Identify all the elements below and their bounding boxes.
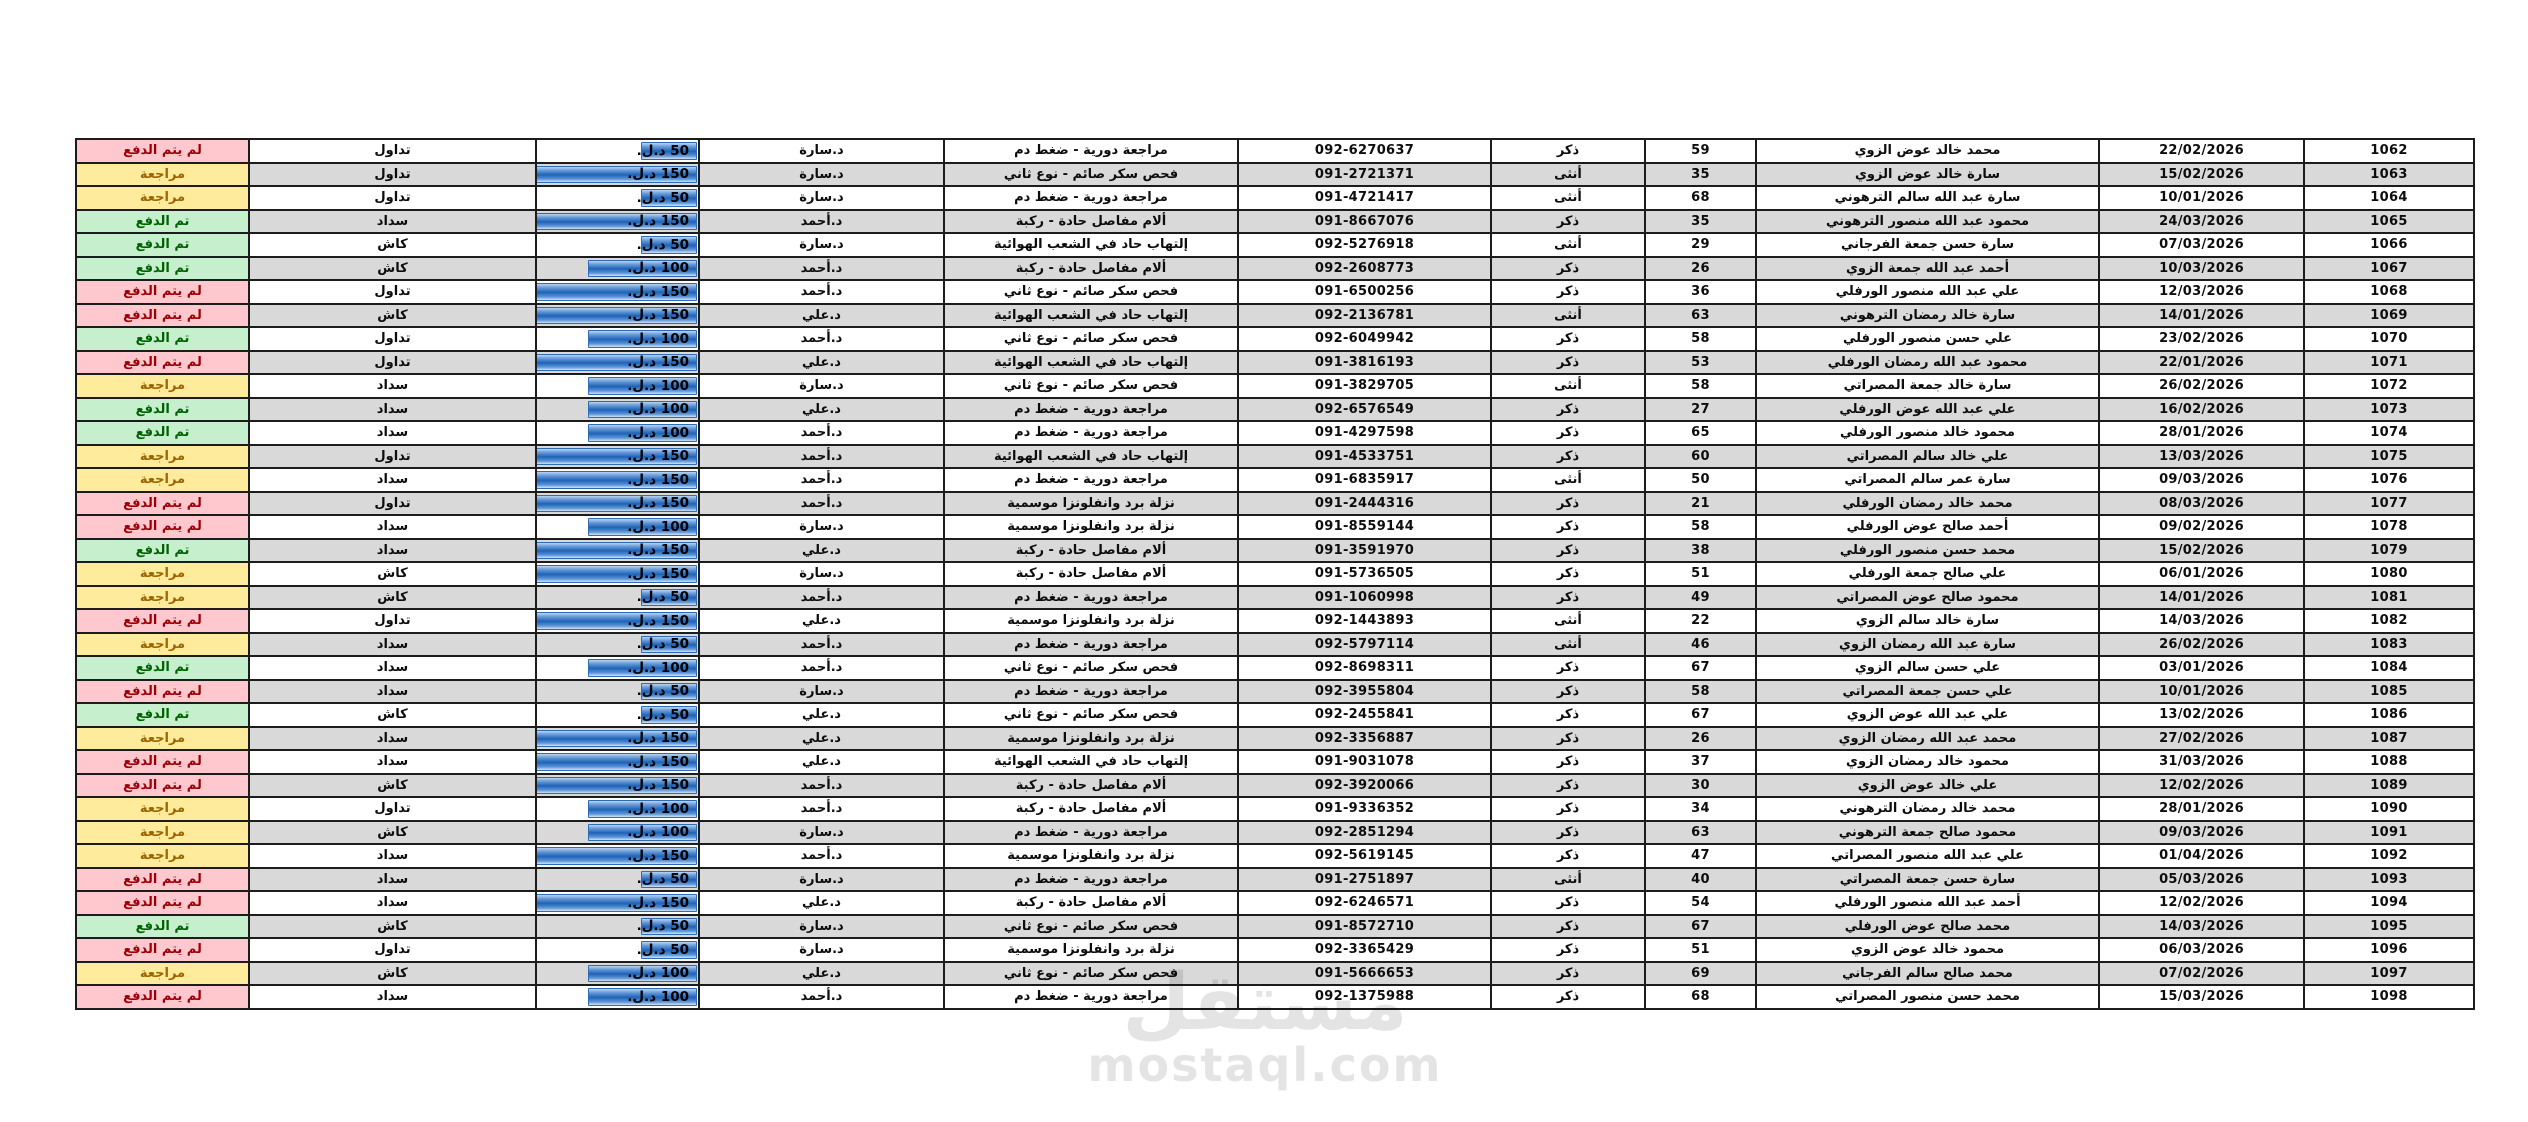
cell-date[interactable]: 14/03/2026 [2099,915,2304,939]
cell-doctor[interactable]: د.أحمد [699,797,944,821]
cell-id[interactable]: 1081 [2304,586,2474,610]
cell-id[interactable]: 1078 [2304,515,2474,539]
cell-doctor[interactable]: د.علي [699,304,944,328]
cell-phone[interactable]: 092-2455841 [1238,703,1491,727]
cell-name[interactable]: سارة حسن جمعة المصراتي [1756,868,2099,892]
cell-id[interactable]: 1084 [2304,656,2474,680]
cell-doctor[interactable]: د.سارة [699,186,944,210]
cell-gender[interactable]: ذكر [1491,421,1645,445]
cell-id[interactable]: 1063 [2304,163,2474,187]
cell-doctor[interactable]: د.علي [699,539,944,563]
cell-payment[interactable]: تداول [249,139,536,163]
cell-diagnosis[interactable]: فحص سكر صائم - نوع ثاني [944,374,1238,398]
payment-status-badge[interactable]: تم الدفع [76,539,249,563]
cell-id[interactable]: 1093 [2304,868,2474,892]
payment-status-badge[interactable]: لم يتم الدفع [76,750,249,774]
cell-payment[interactable]: كاش [249,915,536,939]
cell-id[interactable]: 1070 [2304,327,2474,351]
cell-phone[interactable]: 091-6835917 [1238,468,1491,492]
payment-status-badge[interactable]: لم يتم الدفع [76,280,249,304]
cell-price[interactable]: 150 د.ل. [536,492,699,516]
cell-id[interactable]: 1087 [2304,727,2474,751]
cell-id[interactable]: 1092 [2304,844,2474,868]
cell-date[interactable]: 13/02/2026 [2099,703,2304,727]
cell-age[interactable]: 37 [1645,750,1756,774]
cell-payment[interactable]: تداول [249,163,536,187]
cell-name[interactable]: سارة عبد الله رمضان الزوي [1756,633,2099,657]
cell-id[interactable]: 1088 [2304,750,2474,774]
cell-gender[interactable]: ذكر [1491,891,1645,915]
cell-name[interactable]: سارة عبد الله سالم الترهوني [1756,186,2099,210]
cell-doctor[interactable]: د.سارة [699,680,944,704]
cell-diagnosis[interactable]: ألام مفاصل حادة - ركبة [944,257,1238,281]
cell-date[interactable]: 28/01/2026 [2099,797,2304,821]
cell-phone[interactable]: 092-5276918 [1238,233,1491,257]
cell-gender[interactable]: ذكر [1491,492,1645,516]
cell-price[interactable]: 150 د.ل. [536,891,699,915]
cell-age[interactable]: 27 [1645,398,1756,422]
cell-price[interactable]: 100 د.ل. [536,327,699,351]
cell-name[interactable]: سارة حسن جمعة الفرجاني [1756,233,2099,257]
cell-doctor[interactable]: د.سارة [699,139,944,163]
cell-price[interactable]: 150 د.ل. [536,351,699,375]
cell-age[interactable]: 53 [1645,351,1756,375]
cell-id[interactable]: 1069 [2304,304,2474,328]
cell-gender[interactable]: أنثى [1491,186,1645,210]
cell-payment[interactable]: تداول [249,327,536,351]
cell-price[interactable]: 150 د.ل. [536,727,699,751]
cell-doctor[interactable]: د.أحمد [699,492,944,516]
cell-age[interactable]: 65 [1645,421,1756,445]
cell-price[interactable]: 150 د.ل. [536,468,699,492]
cell-age[interactable]: 35 [1645,210,1756,234]
cell-age[interactable]: 49 [1645,586,1756,610]
cell-name[interactable]: علي خالد عوض الزوي [1756,774,2099,798]
cell-date[interactable]: 06/01/2026 [2099,562,2304,586]
cell-phone[interactable]: 091-4533751 [1238,445,1491,469]
cell-phone[interactable]: 092-6270637 [1238,139,1491,163]
cell-price[interactable]: 100 د.ل. [536,515,699,539]
cell-date[interactable]: 06/03/2026 [2099,938,2304,962]
cell-id[interactable]: 1089 [2304,774,2474,798]
cell-gender[interactable]: أنثى [1491,633,1645,657]
cell-age[interactable]: 60 [1645,445,1756,469]
cell-price[interactable]: 150 د.ل. [536,445,699,469]
payment-status-badge[interactable]: لم يتم الدفع [76,139,249,163]
cell-gender[interactable]: ذكر [1491,539,1645,563]
cell-phone[interactable]: 091-8667076 [1238,210,1491,234]
cell-date[interactable]: 09/03/2026 [2099,821,2304,845]
cell-age[interactable]: 40 [1645,868,1756,892]
cell-age[interactable]: 69 [1645,962,1756,986]
cell-payment[interactable]: كاش [249,304,536,328]
cell-id[interactable]: 1090 [2304,797,2474,821]
cell-date[interactable]: 01/04/2026 [2099,844,2304,868]
cell-id[interactable]: 1075 [2304,445,2474,469]
cell-date[interactable]: 14/01/2026 [2099,586,2304,610]
cell-doctor[interactable]: د.أحمد [699,210,944,234]
payment-status-badge[interactable]: تم الدفع [76,327,249,351]
cell-diagnosis[interactable]: إلتهاب حاد في الشعب الهوائية [944,233,1238,257]
cell-name[interactable]: أحمد صالح عوض الورفلي [1756,515,2099,539]
cell-phone[interactable]: 091-6500256 [1238,280,1491,304]
cell-name[interactable]: محمود صالح عوض المصراتي [1756,586,2099,610]
cell-gender[interactable]: ذكر [1491,139,1645,163]
cell-payment[interactable]: سداد [249,398,536,422]
payment-status-badge[interactable]: مراجعة [76,797,249,821]
cell-diagnosis[interactable]: فحص سكر صائم - نوع ثاني [944,703,1238,727]
cell-phone[interactable]: 091-2444316 [1238,492,1491,516]
cell-gender[interactable]: ذكر [1491,962,1645,986]
cell-doctor[interactable]: د.أحمد [699,257,944,281]
cell-phone[interactable]: 091-2721371 [1238,163,1491,187]
cell-gender[interactable]: أنثى [1491,468,1645,492]
payment-status-badge[interactable]: تم الدفع [76,257,249,281]
cell-price[interactable]: 50 د.ل. [536,586,699,610]
cell-date[interactable]: 03/01/2026 [2099,656,2304,680]
cell-phone[interactable]: 091-5666653 [1238,962,1491,986]
cell-id[interactable]: 1068 [2304,280,2474,304]
cell-age[interactable]: 29 [1645,233,1756,257]
cell-doctor[interactable]: د.علي [699,750,944,774]
cell-age[interactable]: 26 [1645,727,1756,751]
payment-status-badge[interactable]: لم يتم الدفع [76,515,249,539]
cell-diagnosis[interactable]: إلتهاب حاد في الشعب الهوائية [944,351,1238,375]
cell-diagnosis[interactable]: نزلة برد وانفلونزا موسمية [944,938,1238,962]
cell-gender[interactable]: ذكر [1491,562,1645,586]
cell-id[interactable]: 1072 [2304,374,2474,398]
cell-age[interactable]: 68 [1645,985,1756,1009]
cell-gender[interactable]: ذكر [1491,257,1645,281]
cell-gender[interactable]: ذكر [1491,515,1645,539]
cell-price[interactable]: 100 د.ل. [536,257,699,281]
cell-doctor[interactable]: د.علي [699,727,944,751]
cell-phone[interactable]: 092-3920066 [1238,774,1491,798]
cell-price[interactable]: 50 د.ل. [536,233,699,257]
cell-name[interactable]: محمد حسن منصور الورفلي [1756,539,2099,563]
cell-id[interactable]: 1082 [2304,609,2474,633]
cell-payment[interactable]: سداد [249,374,536,398]
cell-id[interactable]: 1091 [2304,821,2474,845]
cell-date[interactable]: 09/03/2026 [2099,468,2304,492]
cell-age[interactable]: 47 [1645,844,1756,868]
cell-gender[interactable]: ذكر [1491,821,1645,845]
cell-diagnosis[interactable]: فحص سكر صائم - نوع ثاني [944,915,1238,939]
payment-status-badge[interactable]: مراجعة [76,727,249,751]
cell-doctor[interactable]: د.سارة [699,163,944,187]
cell-phone[interactable]: 092-5619145 [1238,844,1491,868]
cell-price[interactable]: 50 د.ل. [536,139,699,163]
cell-doctor[interactable]: د.أحمد [699,633,944,657]
cell-diagnosis[interactable]: فحص سكر صائم - نوع ثاني [944,656,1238,680]
payment-status-badge[interactable]: تم الدفع [76,421,249,445]
cell-payment[interactable]: تداول [249,280,536,304]
cell-name[interactable]: علي حسن سالم الزوي [1756,656,2099,680]
cell-payment[interactable]: سداد [249,539,536,563]
payment-status-badge[interactable]: لم يتم الدفع [76,304,249,328]
cell-date[interactable]: 09/02/2026 [2099,515,2304,539]
cell-age[interactable]: 26 [1645,257,1756,281]
cell-payment[interactable]: تداول [249,609,536,633]
cell-price[interactable]: 150 د.ل. [536,280,699,304]
cell-name[interactable]: محمود عبد الله رمضان الورفلي [1756,351,2099,375]
cell-price[interactable]: 50 د.ل. [536,868,699,892]
cell-date[interactable]: 23/02/2026 [2099,327,2304,351]
cell-name[interactable]: محمد عبد الله رمضان الزوي [1756,727,2099,751]
cell-diagnosis[interactable]: نزلة برد وانفلونزا موسمية [944,492,1238,516]
cell-phone[interactable]: 091-9031078 [1238,750,1491,774]
cell-doctor[interactable]: د.سارة [699,868,944,892]
cell-date[interactable]: 15/02/2026 [2099,163,2304,187]
cell-price[interactable]: 150 د.ل. [536,304,699,328]
cell-payment[interactable]: سداد [249,868,536,892]
cell-id[interactable]: 1073 [2304,398,2474,422]
cell-name[interactable]: محمد خالد رمضان الورفلي [1756,492,2099,516]
cell-phone[interactable]: 091-2751897 [1238,868,1491,892]
cell-diagnosis[interactable]: مراجعة دورية - ضغط دم [944,421,1238,445]
payment-status-badge[interactable]: لم يتم الدفع [76,868,249,892]
cell-phone[interactable]: 091-1060998 [1238,586,1491,610]
cell-payment[interactable]: سداد [249,421,536,445]
cell-diagnosis[interactable]: مراجعة دورية - ضغط دم [944,186,1238,210]
cell-gender[interactable]: ذكر [1491,280,1645,304]
cell-id[interactable]: 1086 [2304,703,2474,727]
cell-phone[interactable]: 092-2136781 [1238,304,1491,328]
payment-status-badge[interactable]: لم يتم الدفع [76,680,249,704]
cell-diagnosis[interactable]: ألام مفاصل حادة - ركبة [944,539,1238,563]
cell-gender[interactable]: ذكر [1491,938,1645,962]
payment-status-badge[interactable]: مراجعة [76,445,249,469]
cell-date[interactable]: 26/02/2026 [2099,633,2304,657]
cell-age[interactable]: 67 [1645,656,1756,680]
cell-diagnosis[interactable]: إلتهاب حاد في الشعب الهوائية [944,750,1238,774]
payment-status-badge[interactable]: مراجعة [76,163,249,187]
cell-date[interactable]: 22/01/2026 [2099,351,2304,375]
cell-diagnosis[interactable]: نزلة برد وانفلونزا موسمية [944,844,1238,868]
cell-gender[interactable]: ذكر [1491,327,1645,351]
cell-payment[interactable]: سداد [249,985,536,1009]
cell-price[interactable]: 50 د.ل. [536,938,699,962]
cell-diagnosis[interactable]: ألام مفاصل حادة - ركبة [944,210,1238,234]
cell-gender[interactable]: ذكر [1491,985,1645,1009]
cell-diagnosis[interactable]: مراجعة دورية - ضغط دم [944,586,1238,610]
cell-doctor[interactable]: د.أحمد [699,421,944,445]
cell-doctor[interactable]: د.سارة [699,915,944,939]
cell-id[interactable]: 1066 [2304,233,2474,257]
cell-diagnosis[interactable]: مراجعة دورية - ضغط دم [944,985,1238,1009]
cell-diagnosis[interactable]: إلتهاب حاد في الشعب الهوائية [944,445,1238,469]
cell-payment[interactable]: سداد [249,633,536,657]
payment-status-badge[interactable]: مراجعة [76,586,249,610]
cell-doctor[interactable]: د.أحمد [699,844,944,868]
cell-age[interactable]: 63 [1645,304,1756,328]
cell-date[interactable]: 26/02/2026 [2099,374,2304,398]
cell-payment[interactable]: كاش [249,821,536,845]
payment-status-badge[interactable]: مراجعة [76,633,249,657]
cell-diagnosis[interactable]: مراجعة دورية - ضغط دم [944,680,1238,704]
cell-price[interactable]: 150 د.ل. [536,750,699,774]
cell-name[interactable]: سارة خالد عوض الزوي [1756,163,2099,187]
cell-gender[interactable]: ذكر [1491,656,1645,680]
cell-payment[interactable]: كاش [249,562,536,586]
cell-name[interactable]: محمد صالح عوض الورفلي [1756,915,2099,939]
cell-name[interactable]: محمود خالد رمضان الزوي [1756,750,2099,774]
cell-id[interactable]: 1071 [2304,351,2474,375]
cell-price[interactable]: 100 د.ل. [536,656,699,680]
cell-payment[interactable]: كاش [249,586,536,610]
cell-name[interactable]: محمود صالح جمعة الترهوني [1756,821,2099,845]
cell-doctor[interactable]: د.علي [699,891,944,915]
cell-age[interactable]: 67 [1645,915,1756,939]
cell-name[interactable]: محمود خالد عوض الزوي [1756,938,2099,962]
cell-name[interactable]: سارة خالد سالم الزوي [1756,609,2099,633]
cell-date[interactable]: 07/03/2026 [2099,233,2304,257]
cell-diagnosis[interactable]: نزلة برد وانفلونزا موسمية [944,515,1238,539]
cell-age[interactable]: 22 [1645,609,1756,633]
cell-age[interactable]: 34 [1645,797,1756,821]
cell-id[interactable]: 1098 [2304,985,2474,1009]
cell-phone[interactable]: 092-1375988 [1238,985,1491,1009]
cell-doctor[interactable]: د.أحمد [699,656,944,680]
payment-status-badge[interactable]: لم يتم الدفع [76,891,249,915]
cell-doctor[interactable]: د.أحمد [699,468,944,492]
cell-doctor[interactable]: د.أحمد [699,280,944,304]
cell-diagnosis[interactable]: مراجعة دورية - ضغط دم [944,398,1238,422]
cell-doctor[interactable]: د.أحمد [699,445,944,469]
cell-gender[interactable]: ذكر [1491,680,1645,704]
cell-payment[interactable]: سداد [249,468,536,492]
cell-age[interactable]: 35 [1645,163,1756,187]
cell-gender[interactable]: أنثى [1491,233,1645,257]
cell-doctor[interactable]: د.سارة [699,233,944,257]
cell-gender[interactable]: أنثى [1491,163,1645,187]
cell-diagnosis[interactable]: فحص سكر صائم - نوع ثاني [944,327,1238,351]
cell-age[interactable]: 59 [1645,139,1756,163]
cell-phone[interactable]: 092-2851294 [1238,821,1491,845]
cell-gender[interactable]: أنثى [1491,868,1645,892]
cell-age[interactable]: 51 [1645,562,1756,586]
cell-diagnosis[interactable]: مراجعة دورية - ضغط دم [944,821,1238,845]
cell-age[interactable]: 58 [1645,374,1756,398]
cell-gender[interactable]: ذكر [1491,210,1645,234]
cell-age[interactable]: 50 [1645,468,1756,492]
cell-doctor[interactable]: د.سارة [699,515,944,539]
cell-id[interactable]: 1083 [2304,633,2474,657]
cell-phone[interactable]: 092-6246571 [1238,891,1491,915]
cell-payment[interactable]: سداد [249,727,536,751]
cell-age[interactable]: 58 [1645,680,1756,704]
cell-phone[interactable]: 092-6576549 [1238,398,1491,422]
cell-age[interactable]: 30 [1645,774,1756,798]
cell-phone[interactable]: 092-3365429 [1238,938,1491,962]
cell-gender[interactable]: ذكر [1491,750,1645,774]
cell-date[interactable]: 15/03/2026 [2099,985,2304,1009]
cell-payment[interactable]: تداول [249,492,536,516]
cell-gender[interactable]: ذكر [1491,351,1645,375]
cell-doctor[interactable]: د.سارة [699,821,944,845]
cell-payment[interactable]: كاش [249,774,536,798]
cell-doctor[interactable]: د.علي [699,351,944,375]
cell-date[interactable]: 12/03/2026 [2099,280,2304,304]
cell-name[interactable]: علي عبد الله منصور الورفلي [1756,280,2099,304]
cell-date[interactable]: 10/01/2026 [2099,680,2304,704]
cell-gender[interactable]: ذكر [1491,915,1645,939]
payment-status-badge[interactable]: لم يتم الدفع [76,351,249,375]
cell-payment[interactable]: كاش [249,233,536,257]
cell-id[interactable]: 1085 [2304,680,2474,704]
cell-gender[interactable]: ذكر [1491,398,1645,422]
cell-price[interactable]: 50 د.ل. [536,680,699,704]
cell-phone[interactable]: 091-9336352 [1238,797,1491,821]
payment-status-badge[interactable]: مراجعة [76,186,249,210]
cell-diagnosis[interactable]: فحص سكر صائم - نوع ثاني [944,280,1238,304]
cell-phone[interactable]: 092-3955804 [1238,680,1491,704]
cell-gender[interactable]: أنثى [1491,304,1645,328]
cell-date[interactable]: 12/02/2026 [2099,774,2304,798]
cell-payment[interactable]: كاش [249,703,536,727]
payment-status-badge[interactable]: تم الدفع [76,398,249,422]
payment-status-badge[interactable]: لم يتم الدفع [76,938,249,962]
cell-name[interactable]: محمد خالد عوض الزوي [1756,139,2099,163]
cell-age[interactable]: 38 [1645,539,1756,563]
cell-date[interactable]: 07/02/2026 [2099,962,2304,986]
cell-gender[interactable]: ذكر [1491,703,1645,727]
cell-phone[interactable]: 092-1443893 [1238,609,1491,633]
cell-age[interactable]: 68 [1645,186,1756,210]
cell-diagnosis[interactable]: ألام مفاصل حادة - ركبة [944,891,1238,915]
cell-payment[interactable]: تداول [249,351,536,375]
cell-diagnosis[interactable]: مراجعة دورية - ضغط دم [944,468,1238,492]
cell-id[interactable]: 1064 [2304,186,2474,210]
cell-phone[interactable]: 091-4721417 [1238,186,1491,210]
cell-payment[interactable]: كاش [249,257,536,281]
cell-name[interactable]: أحمد عبد الله منصور الورفلي [1756,891,2099,915]
cell-doctor[interactable]: د.أحمد [699,774,944,798]
cell-price[interactable]: 100 د.ل. [536,374,699,398]
payment-status-badge[interactable]: مراجعة [76,468,249,492]
cell-gender[interactable]: ذكر [1491,844,1645,868]
cell-gender[interactable]: ذكر [1491,445,1645,469]
cell-price[interactable]: 50 د.ل. [536,915,699,939]
cell-date[interactable]: 12/02/2026 [2099,891,2304,915]
cell-payment[interactable]: تداول [249,186,536,210]
cell-payment[interactable]: تداول [249,445,536,469]
cell-date[interactable]: 15/02/2026 [2099,539,2304,563]
cell-payment[interactable]: تداول [249,938,536,962]
cell-diagnosis[interactable]: ألام مفاصل حادة - ركبة [944,797,1238,821]
cell-payment[interactable]: سداد [249,680,536,704]
cell-phone[interactable]: 092-5797114 [1238,633,1491,657]
cell-date[interactable]: 14/03/2026 [2099,609,2304,633]
cell-date[interactable]: 22/02/2026 [2099,139,2304,163]
cell-gender[interactable]: أنثى [1491,374,1645,398]
cell-doctor[interactable]: د.علي [699,398,944,422]
cell-price[interactable]: 100 د.ل. [536,821,699,845]
cell-phone[interactable]: 092-8698311 [1238,656,1491,680]
cell-price[interactable]: 100 د.ل. [536,985,699,1009]
cell-price[interactable]: 50 د.ل. [536,186,699,210]
cell-price[interactable]: 100 د.ل. [536,962,699,986]
cell-name[interactable]: علي حسن منصور الورفلي [1756,327,2099,351]
cell-phone[interactable]: 091-3816193 [1238,351,1491,375]
cell-diagnosis[interactable]: مراجعة دورية - ضغط دم [944,868,1238,892]
cell-payment[interactable]: سداد [249,656,536,680]
cell-payment[interactable]: سداد [249,891,536,915]
cell-name[interactable]: سارة عمر سالم المصراتي [1756,468,2099,492]
payment-status-badge[interactable]: مراجعة [76,844,249,868]
cell-diagnosis[interactable]: نزلة برد وانفلونزا موسمية [944,609,1238,633]
cell-phone[interactable]: 091-3591970 [1238,539,1491,563]
